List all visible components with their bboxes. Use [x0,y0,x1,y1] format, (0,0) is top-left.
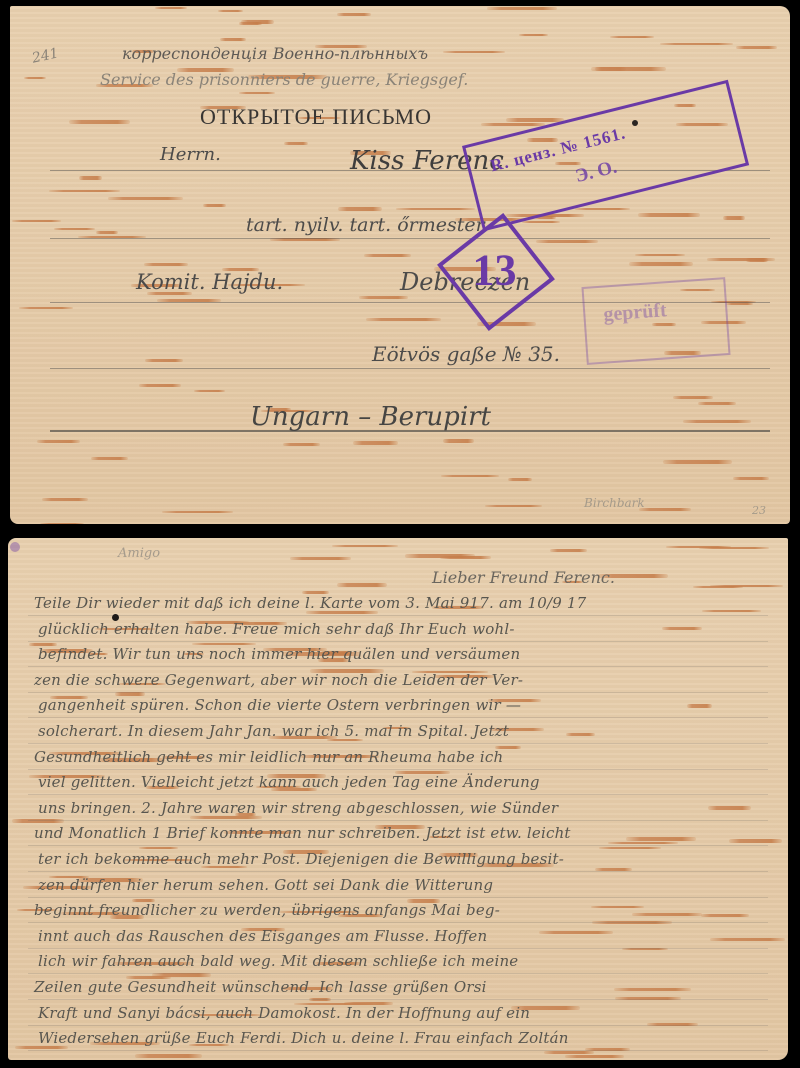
writing-rule [28,717,768,718]
bark-lenticel [96,231,118,233]
county: Komit. Hajdu. [136,270,283,294]
letter-line: lich wir fahren auch bald weg. Mit diese… [38,952,518,970]
letter-line: zen dürfen hier herum sehen. Gott sei Da… [38,876,493,894]
writing-rule [28,973,768,974]
bark-lenticel [693,586,743,588]
bark-lenticel [54,228,95,231]
pencil-note: Birchbark [584,496,645,510]
postcard-back: Amigo Lieber Freund Ferenc. Teile Dir wi… [8,538,788,1060]
bark-lenticel [338,207,381,211]
bark-lenticel [239,92,275,95]
bark-lenticel [698,402,736,405]
bark-lenticel [332,545,398,547]
bark-lenticel [726,303,753,305]
bark-lenticel [405,554,475,558]
bark-lenticel [396,208,475,211]
censor-stamp-line2: Э. О. [573,157,619,188]
bark-lenticel [736,46,776,49]
letter-line: viel gelitten. Vielleicht jetzt kann auc… [38,773,540,791]
bark-lenticel [145,359,183,362]
bark-lenticel [708,806,751,810]
bark-lenticel [91,457,127,460]
writing-rule [28,743,768,744]
writing-rule [28,871,768,872]
writing-rule [28,1025,768,1026]
bark-lenticel [364,254,411,258]
bark-lenticel [218,10,242,12]
bark-lenticel [42,498,88,501]
bark-lenticel [37,440,80,443]
bark-lenticel [539,931,613,934]
corner-note: 241 [31,45,60,66]
bark-lenticel [591,906,644,909]
bark-lenticel [701,914,749,916]
bark-lenticel [565,1055,624,1058]
bark-lenticel [566,733,595,736]
bark-lenticel [485,505,543,507]
bark-lenticel [481,123,545,126]
bark-lenticel [729,839,782,843]
writing-rule [28,794,768,795]
postcard-front: 241 корреспонденція Военно-плѣнныхъ Serv… [10,6,790,524]
header-french: Service des prisonniers de guerre, Krieg… [100,70,468,89]
writing-rule [28,666,768,667]
letter-line: beginnt freundlicher zu werden, übrigens… [34,901,500,919]
writing-rule [28,845,768,846]
bark-lenticel [608,842,677,844]
letter-line: solcherart. In diesem Jahr Jan. war ich … [38,722,509,740]
faint-stamp-text: geprüft [603,299,668,326]
bark-lenticel [359,296,408,299]
bark-lenticel [723,216,745,220]
writing-rule [28,641,768,642]
writing-rule [28,769,768,770]
letter-line: uns bringen. 2. Jahre waren wir streng a… [38,799,558,817]
bark-lenticel [79,176,101,180]
bark-lenticel [155,7,187,10]
writing-rule [28,922,768,923]
bark-lenticel [522,221,560,223]
writing-rule [28,897,768,898]
bark-lenticel [702,610,761,612]
bark-lenticel [614,988,691,991]
bark-lenticel [632,913,702,915]
bark-lenticel [591,67,666,71]
writing-rule [28,820,768,821]
letter-line: und Monatlich 1 Brief konnte man nur sch… [34,824,571,842]
bark-lenticel [662,627,701,629]
bark-lenticel [290,557,351,560]
bark-lenticel [610,36,655,39]
bark-lenticel [663,460,732,464]
purple-mark [10,542,20,552]
letter-line: ter ich bekomme auch mehr Post. Diejenig… [38,850,564,868]
letter-line: Teile Dir wieder mit daß ich deine l. Ka… [34,594,586,612]
bark-lenticel [683,420,750,423]
bark-lenticel [239,22,261,24]
bark-lenticel [635,254,684,257]
salutation: Herrn. [160,144,221,165]
bark-lenticel [666,546,731,548]
bark-lenticel [629,262,693,266]
bark-lenticel [550,549,587,552]
bark-lenticel [707,258,775,260]
address-rule [50,238,770,239]
letter-line: Zeilen gute Gesundheit wünschend. Ich la… [34,978,487,996]
ink-dot [632,120,638,126]
bark-lenticel [366,318,441,321]
bark-lenticel [194,390,225,392]
bark-lenticel [673,396,713,399]
bark-lenticel [24,77,46,80]
bark-lenticel [508,478,533,481]
bark-lenticel [575,208,630,210]
bark-lenticel [12,220,61,222]
bark-lenticel [108,197,182,200]
bark-lenticel [203,204,225,207]
letter-line: zen die schwere Gegenwart, aber wir noch… [34,671,523,689]
writing-rule [28,948,768,949]
bark-lenticel [139,847,178,849]
writing-rule [28,615,768,616]
bark-lenticel [40,523,84,524]
bark-lenticel [135,1054,201,1058]
ink-dot [112,614,119,621]
bark-lenticel [536,240,598,243]
recipient-title: tart. nyilv. tart. őrmester [246,214,485,236]
street: Eötvös gaße № 35. [372,342,560,366]
letter-line: glücklich erhalten habe. Freue mich sehr… [38,620,515,638]
letter-line: Kraft und Sanyi bácsi, auch Damokost. In… [38,1004,530,1022]
bark-lenticel [69,120,131,123]
bark-lenticel [639,508,690,511]
address-rule [50,368,770,369]
letter-line: befindet. Wir tun uns noch immer hier qu… [38,645,520,663]
bark-lenticel [638,213,700,217]
header-russian: корреспонденція Военно-плѣнныхъ [122,44,428,63]
writing-rule [28,1050,768,1051]
bark-lenticel [733,477,769,480]
bark-lenticel [519,34,548,37]
bark-lenticel [337,583,387,587]
letter-line: innt auch das Rauschen des Eisganges am … [38,927,487,945]
greeting: Lieber Freund Ferenc. [432,568,615,587]
bark-lenticel [337,13,371,16]
letter-line: gangenheit spüren. Schon die vierte Oste… [38,696,521,714]
bark-lenticel [443,51,506,53]
bark-lenticel [710,938,786,941]
pencil-number: 23 [752,504,766,517]
bark-lenticel [144,263,188,266]
top-note: Amigo [118,546,160,561]
bark-lenticel [19,307,73,310]
bark-lenticel [443,439,474,443]
bark-lenticel [544,1051,595,1055]
bark-lenticel [626,837,696,841]
bark-lenticel [660,43,733,46]
writing-rule [28,692,768,693]
bark-lenticel [220,38,246,41]
bark-lenticel [283,443,321,446]
bark-lenticel [49,190,120,192]
writing-rule [28,999,768,1000]
letter-line: Gesundheitlich geht es mir leidlich nur … [34,748,503,766]
country: Ungarn – Berupirt [250,402,491,432]
bark-lenticel [353,441,398,444]
letter-line: Wiedersehen grüße Euch Ferdi. Dich u. de… [38,1029,569,1047]
bark-lenticel [599,847,661,850]
bark-lenticel [441,475,499,478]
bark-lenticel [284,142,307,146]
bark-lenticel [139,384,181,387]
bark-lenticel [162,511,233,513]
bark-lenticel [487,7,557,10]
bark-lenticel [687,704,713,708]
faint-stamp: geprüft [581,277,730,365]
censor-box-number: 13 [456,245,532,296]
bark-lenticel [115,692,145,696]
card-type-title: ОТКРЫТОЕ ПИСЬМО [200,104,432,130]
